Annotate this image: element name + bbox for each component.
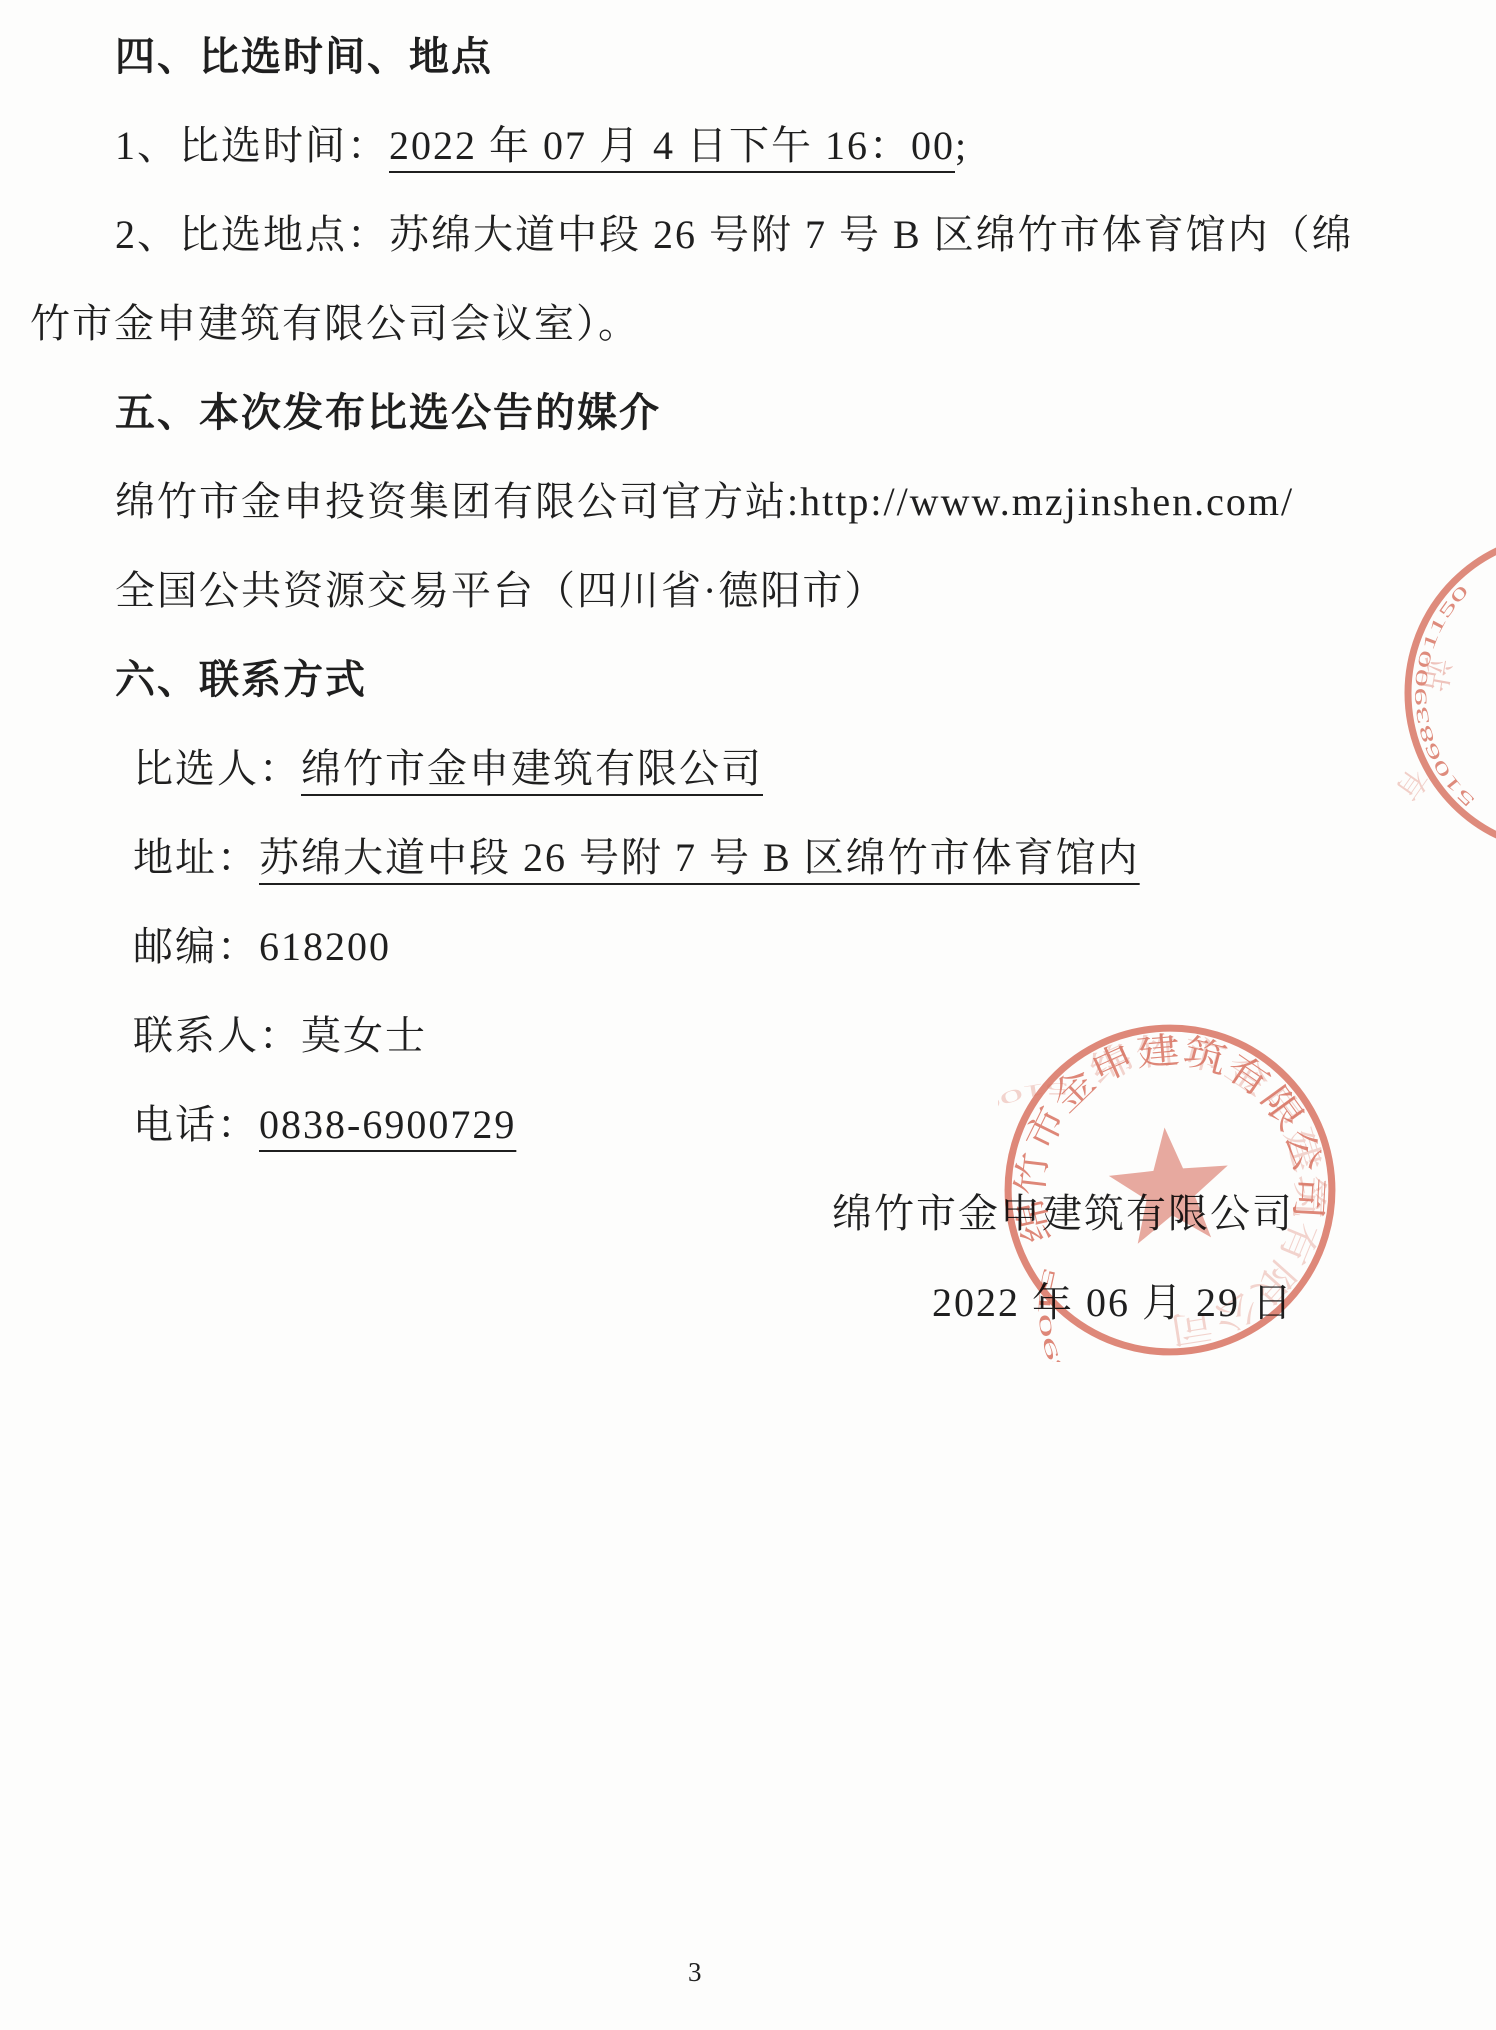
contact-bidder-label: 比选人： [133,746,301,791]
bidding-time-label: 1、比选时间： [115,123,389,168]
contact-person-value: 莫女士 [301,1013,427,1058]
bidding-place-label: 2、比选地点： [115,212,389,257]
media-platform-line: 全国公共资源交易平台（四川省·德阳市） [30,546,1460,635]
contact-address-line: 地址：苏绵大道中段 26 号附 7 号 B 区绵竹市体育馆内 [133,813,1460,902]
signature-company: 绵竹市金申建筑有限公司 [30,1169,1460,1258]
section-6-heading: 六、联系方式 [30,635,1460,724]
contact-person-line: 联系人：莫女士 [133,991,1460,1080]
contact-zipcode-label: 邮编： [133,924,259,969]
contact-bidder-line: 比选人：绵竹市金申建筑有限公司 [133,724,1460,813]
signature-date: 2022 年 06 月 29 日 [30,1258,1460,1347]
contact-address-value: 苏绵大道中段 26 号附 7 号 B 区绵竹市体育馆内 [259,835,1140,880]
document-body: 四、比选时间、地点 1、比选时间：2022 年 07 月 4 日下午 16：00… [0,0,1496,1347]
bidding-time-suffix: ; [955,123,968,168]
section-5-heading: 五、本次发布比选公告的媒介 [30,368,1460,457]
contact-address-label: 地址： [133,835,259,880]
contact-person-label: 联系人： [133,1013,301,1058]
contact-phone-line: 电话：0838-6900729 [133,1080,1460,1169]
contact-phone-label: 电话： [133,1102,259,1147]
contact-phone-value: 0838-6900729 [259,1102,516,1147]
bidding-time-value: 2022 年 07 月 4 日下午 16：00 [389,123,955,168]
bidding-place-line: 2、比选地点：苏绵大道中段 26 号附 7 号 B 区绵竹市体育馆内（绵 [30,190,1460,279]
section-4-heading: 四、比选时间、地点 [30,12,1460,101]
contact-zipcode-line: 邮编：618200 [133,902,1460,991]
contact-zipcode-value: 618200 [259,924,391,969]
page-number: 3 [688,1957,702,1988]
document-page: 四、比选时间、地点 1、比选时间：2022 年 07 月 4 日下午 16：00… [0,0,1496,2030]
media-website-line: 绵竹市金申投资集团有限公司官方站:http://www.mzjinshen.co… [30,457,1460,546]
bidding-time-line: 1、比选时间：2022 年 07 月 4 日下午 16：00; [30,101,1460,190]
bidding-place-continuation: 竹市金申建筑有限公司会议室）。 [30,279,1460,368]
contact-bidder-value: 绵竹市金申建筑有限公司 [301,746,763,791]
bidding-place-value-part1: 苏绵大道中段 26 号附 7 号 B 区绵竹市体育馆内（绵 [389,212,1354,257]
